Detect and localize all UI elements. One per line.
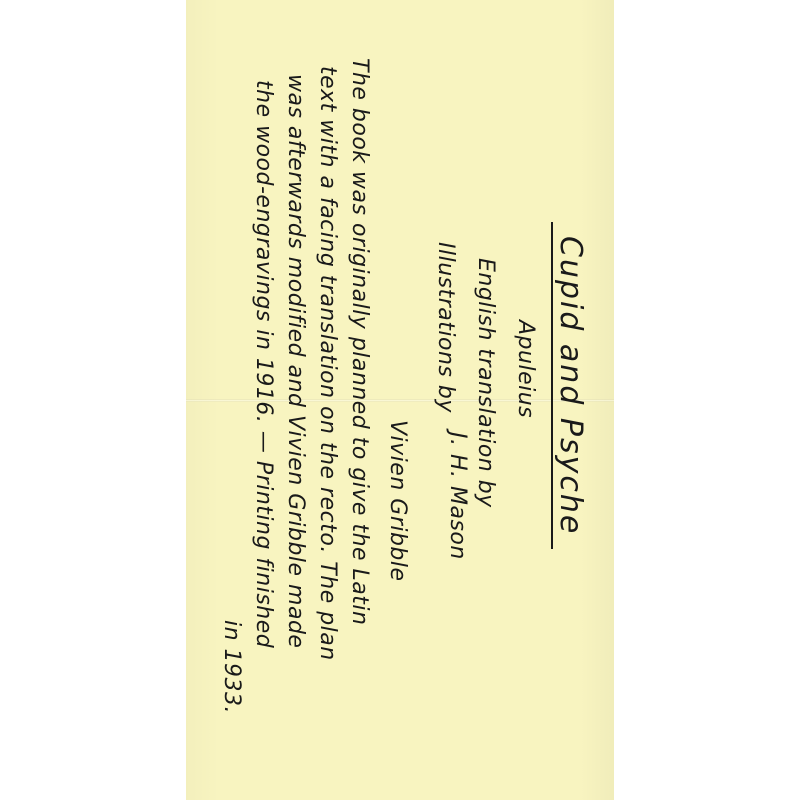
author-name: Apuleius: [513, 320, 538, 418]
paragraph-line: was afterwards modified and Vivien Gribb…: [283, 74, 308, 648]
illustrations-credit-label: Illustrations by: [433, 242, 458, 413]
document-title: Cupid and Psyche: [551, 222, 588, 549]
paragraph-line: the wood-engravings in 1916. — Printing …: [251, 80, 276, 648]
paragraph-line: in 1933.: [219, 620, 244, 714]
illustrator-name: Vivien Gribble: [385, 420, 410, 582]
paragraph-line: The book was originally planned to give …: [347, 58, 372, 625]
translation-credit-label: English translation by: [473, 258, 498, 508]
translator-name: J. H. Mason: [445, 432, 470, 560]
paragraph-line: text with a facing translation on the re…: [315, 66, 340, 661]
